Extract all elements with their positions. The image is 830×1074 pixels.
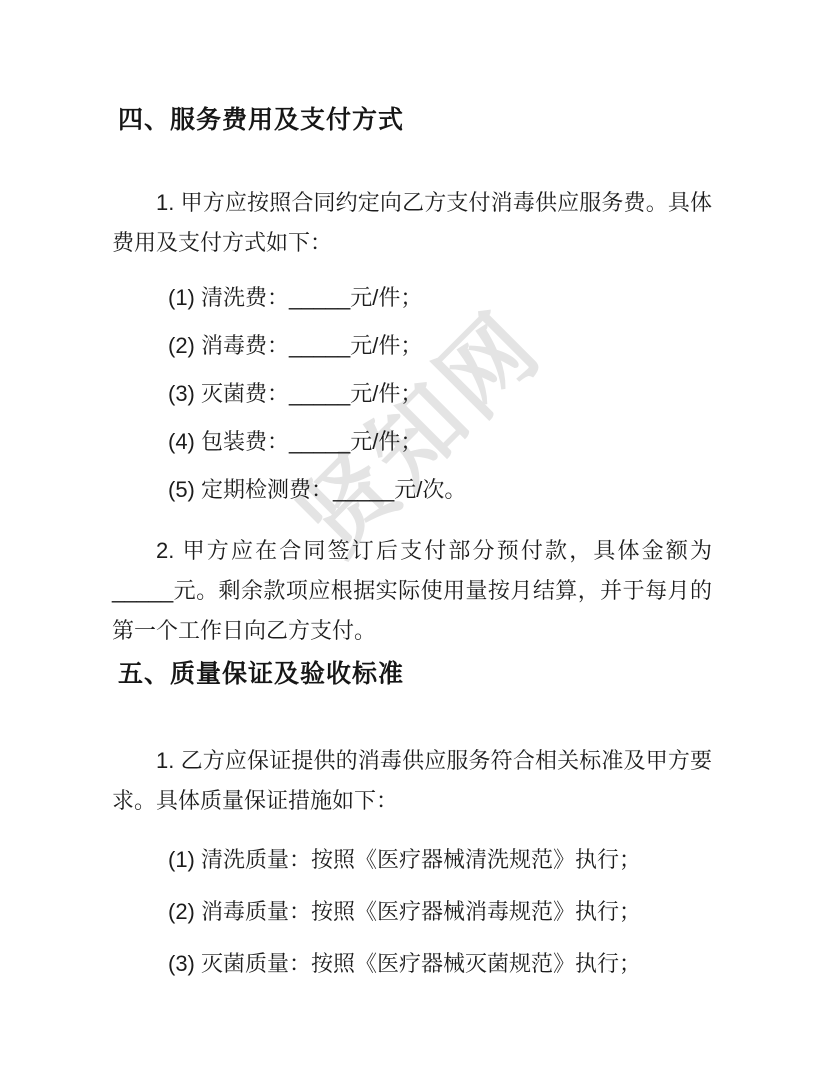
contract-page: 贤知网 四、服务费用及支付方式 1. 甲方应按照合同约定向乙方支付消毒供应服务费… bbox=[0, 0, 830, 1074]
fee-item-unit: 元/次。 bbox=[394, 477, 466, 502]
section5-paragraph-1: 1. 乙方应保证提供的消毒供应服务符合相关标准及甲方要求。具体质量保证措施如下： bbox=[112, 741, 712, 821]
fill-in-blank: _____ bbox=[289, 285, 350, 310]
section5-heading: 五、质量保证及验收标准 bbox=[118, 659, 712, 689]
quality-item: (1) 清洗质量：按照《医疗器械清洗规范》执行； bbox=[112, 847, 712, 873]
fee-item: (4) 包装费：_____元/件； bbox=[112, 429, 712, 455]
fee-item-unit: 元/件； bbox=[350, 381, 422, 406]
quality-item: (2) 消毒质量：按照《医疗器械消毒规范》执行； bbox=[112, 899, 712, 925]
fee-item: (2) 消毒费：_____元/件； bbox=[112, 333, 712, 359]
fill-in-blank: _____ bbox=[289, 429, 350, 454]
fee-item-label: (3) 灭菌费： bbox=[168, 381, 289, 406]
fee-item-unit: 元/件； bbox=[350, 333, 422, 358]
fee-item-label: (4) 包装费： bbox=[168, 429, 289, 454]
fee-item: (3) 灭菌费：_____元/件； bbox=[112, 381, 712, 407]
page-content: 四、服务费用及支付方式 1. 甲方应按照合同约定向乙方支付消毒供应服务费。具体费… bbox=[0, 0, 830, 977]
fill-in-blank: _____ bbox=[112, 578, 173, 603]
fee-item-unit: 元/件； bbox=[350, 285, 422, 310]
fee-item-label: (2) 消毒费： bbox=[168, 333, 289, 358]
fee-item-label: (5) 定期检测费： bbox=[168, 477, 333, 502]
fill-in-blank: _____ bbox=[289, 333, 350, 358]
fee-item: (1) 清洗费：_____元/件； bbox=[112, 285, 712, 311]
paragraph-text: 2. 甲方应在合同签订后支付部分预付款，具体金额为 bbox=[156, 538, 712, 563]
fill-in-blank: _____ bbox=[289, 381, 350, 406]
fee-item-unit: 元/件； bbox=[350, 429, 422, 454]
section4-paragraph-2: 2. 甲方应在合同签订后支付部分预付款，具体金额为_____元。剩余款项应根据实… bbox=[112, 531, 712, 651]
quality-item: (3) 灭菌质量：按照《医疗器械灭菌规范》执行； bbox=[112, 951, 712, 977]
paragraph-text: 元。剩余款项应根据实际使用量按月结算，并于每月的第一个工作日向乙方支付。 bbox=[112, 578, 712, 643]
fee-item: (5) 定期检测费：_____元/次。 bbox=[112, 477, 712, 503]
section4-paragraph-1: 1. 甲方应按照合同约定向乙方支付消毒供应服务费。具体费用及支付方式如下： bbox=[112, 183, 712, 263]
section4-heading: 四、服务费用及支付方式 bbox=[118, 105, 712, 135]
fee-item-label: (1) 清洗费： bbox=[168, 285, 289, 310]
fill-in-blank: _____ bbox=[333, 477, 394, 502]
